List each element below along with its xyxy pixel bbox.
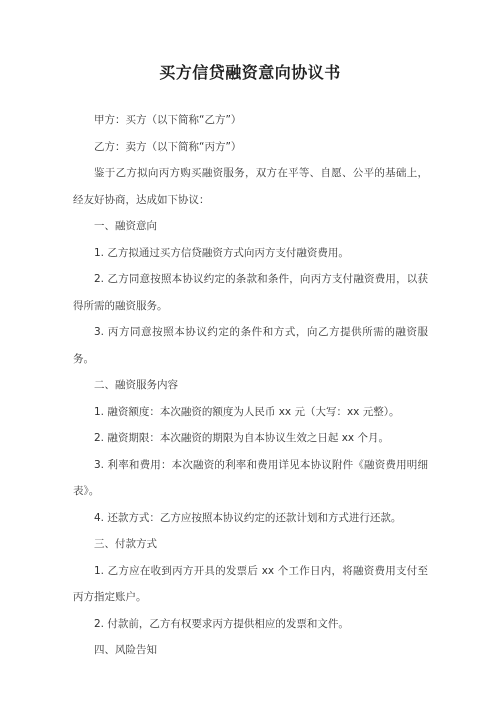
preamble: 鉴于乙方拟向丙方购买融资服务，双方在平等、自愿、公平的基础上，经友好协商，达成如… — [73, 160, 428, 213]
section-3-heading: 三、付款方式 — [73, 531, 428, 558]
party-b-line: 乙方：卖方（以下简称“丙方”） — [73, 134, 428, 161]
section-3-clause-2: 2. 付款前，乙方有权要求丙方提供相应的发票和文件。 — [73, 611, 428, 638]
document-title: 买方信贷融资意向协议书 — [0, 0, 500, 83]
section-1-heading: 一、融资意向 — [73, 213, 428, 240]
section-1-clause-3: 3. 丙方同意按照本协议约定的条件和方式，向乙方提供所需的融资服务。 — [73, 319, 428, 372]
section-3-clause-1: 1. 乙方应在收到丙方开具的发票后 xx 个工作日内，将融资费用支付至丙方指定账… — [73, 558, 428, 611]
section-1-clause-1: 1. 乙方拟通过买方信贷融资方式向丙方支付融资费用。 — [73, 240, 428, 267]
document-page: 买方信贷融资意向协议书 甲方：买方（以下简称“乙方”） 乙方：卖方（以下简称“丙… — [0, 0, 500, 707]
section-2-clause-4: 4. 还款方式：乙方应按照本协议约定的还款计划和方式进行还款。 — [73, 505, 428, 532]
section-2-clause-3: 3. 利率和费用：本次融资的利率和费用详见本协议附件《融资费用明细表》。 — [73, 452, 428, 505]
party-a-line: 甲方：买方（以下简称“乙方”） — [73, 107, 428, 134]
section-2-heading: 二、融资服务内容 — [73, 372, 428, 399]
section-2-clause-1: 1. 融资额度：本次融资的额度为人民币 xx 元（大写：xx 元整）。 — [73, 399, 428, 426]
section-4-heading: 四、风险告知 — [73, 637, 428, 664]
section-2-clause-2: 2. 融资期限：本次融资的期限为自本协议生效之日起 xx 个月。 — [73, 425, 428, 452]
section-1-clause-2: 2. 乙方同意按照本协议约定的条款和条件，向丙方支付融资费用，以获得所需的融资服… — [73, 266, 428, 319]
document-body: 甲方：买方（以下简称“乙方”） 乙方：卖方（以下简称“丙方”） 鉴于乙方拟向丙方… — [73, 107, 428, 664]
